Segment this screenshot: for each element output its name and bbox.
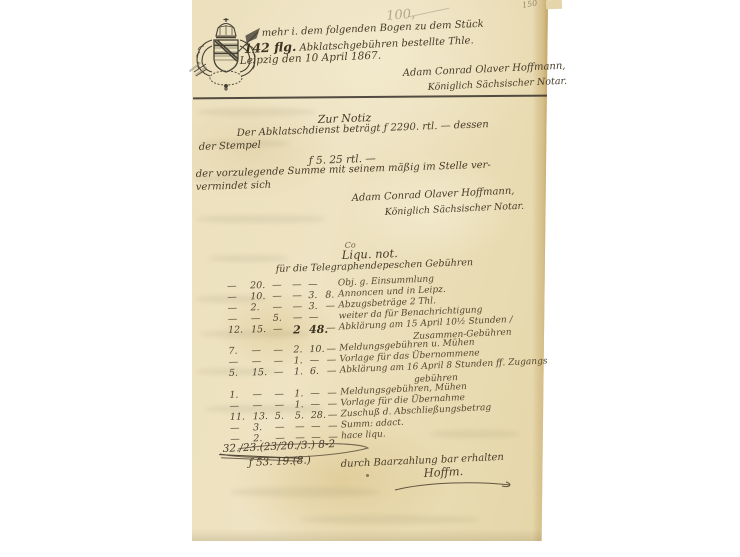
show-through-smudge — [196, 108, 316, 116]
amount-col: 13. — [253, 411, 268, 422]
amount-col: 3. — [308, 301, 317, 312]
amount-col: — — [308, 279, 318, 290]
row-description: hace liqu. — [341, 429, 386, 441]
crown-icon — [216, 18, 236, 38]
amount-col: — — [227, 292, 237, 303]
amount-col: — — [251, 313, 261, 324]
amount-col: — — [292, 301, 302, 312]
amount-col: — — [227, 302, 237, 313]
amount-col: 3. — [308, 290, 317, 301]
amount-col: 15. — [251, 324, 266, 335]
amount-col: — — [273, 323, 283, 334]
amount-col: 1. — [294, 388, 303, 399]
show-through-smudge — [196, 215, 326, 223]
amount-col: 6. — [310, 366, 319, 377]
amount-col: 5. — [295, 410, 304, 421]
amount-col: 12. — [228, 324, 243, 335]
amount-col: — — [327, 388, 337, 399]
notice-line-2: der Stempel — [199, 140, 261, 153]
amount-col: — — [326, 322, 336, 333]
show-through-smudge — [230, 487, 380, 497]
amount-col: 8. — [325, 289, 334, 300]
amount-col: — — [273, 345, 283, 356]
amount-col: — — [310, 399, 320, 410]
amount-col: 10. — [250, 291, 265, 302]
order-collar-icon — [210, 71, 242, 91]
amount-col: 5. — [229, 368, 238, 379]
amount-col: 1. — [294, 366, 303, 377]
amount-col: — — [293, 312, 303, 323]
amount-col: — — [253, 400, 263, 411]
amount-col: — — [327, 366, 337, 377]
signature-swash — [392, 478, 517, 494]
amount-col: 2. — [250, 302, 259, 313]
amount-col: — — [252, 389, 262, 400]
show-through-smudge — [208, 255, 288, 262]
paper-corner-tab — [546, 0, 562, 9]
amount-col: — — [272, 302, 282, 313]
amount-col: 1. — [294, 399, 303, 410]
amount-col: — — [229, 357, 239, 368]
amount-col: — — [310, 388, 320, 399]
amount-col: — — [274, 400, 284, 411]
amount-col: 10. — [309, 344, 324, 355]
document-photo: 100, 150 mehr i. dem folgenden Bogen zu … — [0, 0, 740, 557]
amount-col: 2. — [293, 345, 302, 356]
amount-col: — — [252, 356, 262, 367]
amount-col: — — [292, 290, 302, 301]
amount-col: — — [228, 313, 238, 324]
amount-col: — — [274, 389, 284, 400]
amount-col: — — [251, 346, 261, 357]
amount-col: — — [272, 280, 282, 291]
amount-col: — — [275, 421, 285, 432]
amount-col: — — [311, 421, 321, 432]
row-description: Summ: adact. — [341, 417, 404, 430]
amount-col: 3. — [253, 422, 262, 433]
amount-col: 28. — [311, 410, 326, 421]
amount-col: — — [274, 367, 284, 378]
amount-col: 20. — [250, 280, 265, 291]
amount-col: — — [227, 281, 237, 292]
amount-col: — — [272, 291, 282, 302]
amount-col: 15. — [252, 367, 267, 378]
amount-col: 1. — [294, 356, 303, 367]
amount-col: — — [327, 398, 337, 409]
shield-icon — [214, 40, 238, 72]
amount-col: — — [328, 420, 338, 431]
amount-col: 7. — [228, 346, 237, 357]
amount-col: — — [310, 355, 320, 366]
show-through-smudge — [300, 515, 480, 524]
amount-col: 11. — [230, 411, 245, 422]
amount-col: — — [328, 409, 338, 420]
amount-col: — — [326, 344, 336, 355]
amount-col: — — [295, 421, 305, 432]
amount-col: 5. — [273, 312, 282, 323]
ledger-rows: —20.———Obj. g. Einsummlung—10.——3.8.Anno… — [220, 274, 563, 451]
amount-col: — — [230, 422, 240, 433]
amount-col: — — [274, 356, 284, 367]
ink-dot — [366, 474, 369, 477]
amount-col: — — [292, 279, 302, 290]
amount-col: 1. — [229, 390, 238, 401]
amount-col: — — [230, 401, 240, 412]
amount-col: 5. — [275, 410, 284, 421]
paper-bottom-edge — [192, 529, 548, 541]
notice-line-5: vermindet sich — [196, 180, 272, 193]
amount-col: — — [327, 355, 337, 366]
amount-col: — — [309, 312, 319, 323]
amount-col: — — [325, 300, 335, 311]
